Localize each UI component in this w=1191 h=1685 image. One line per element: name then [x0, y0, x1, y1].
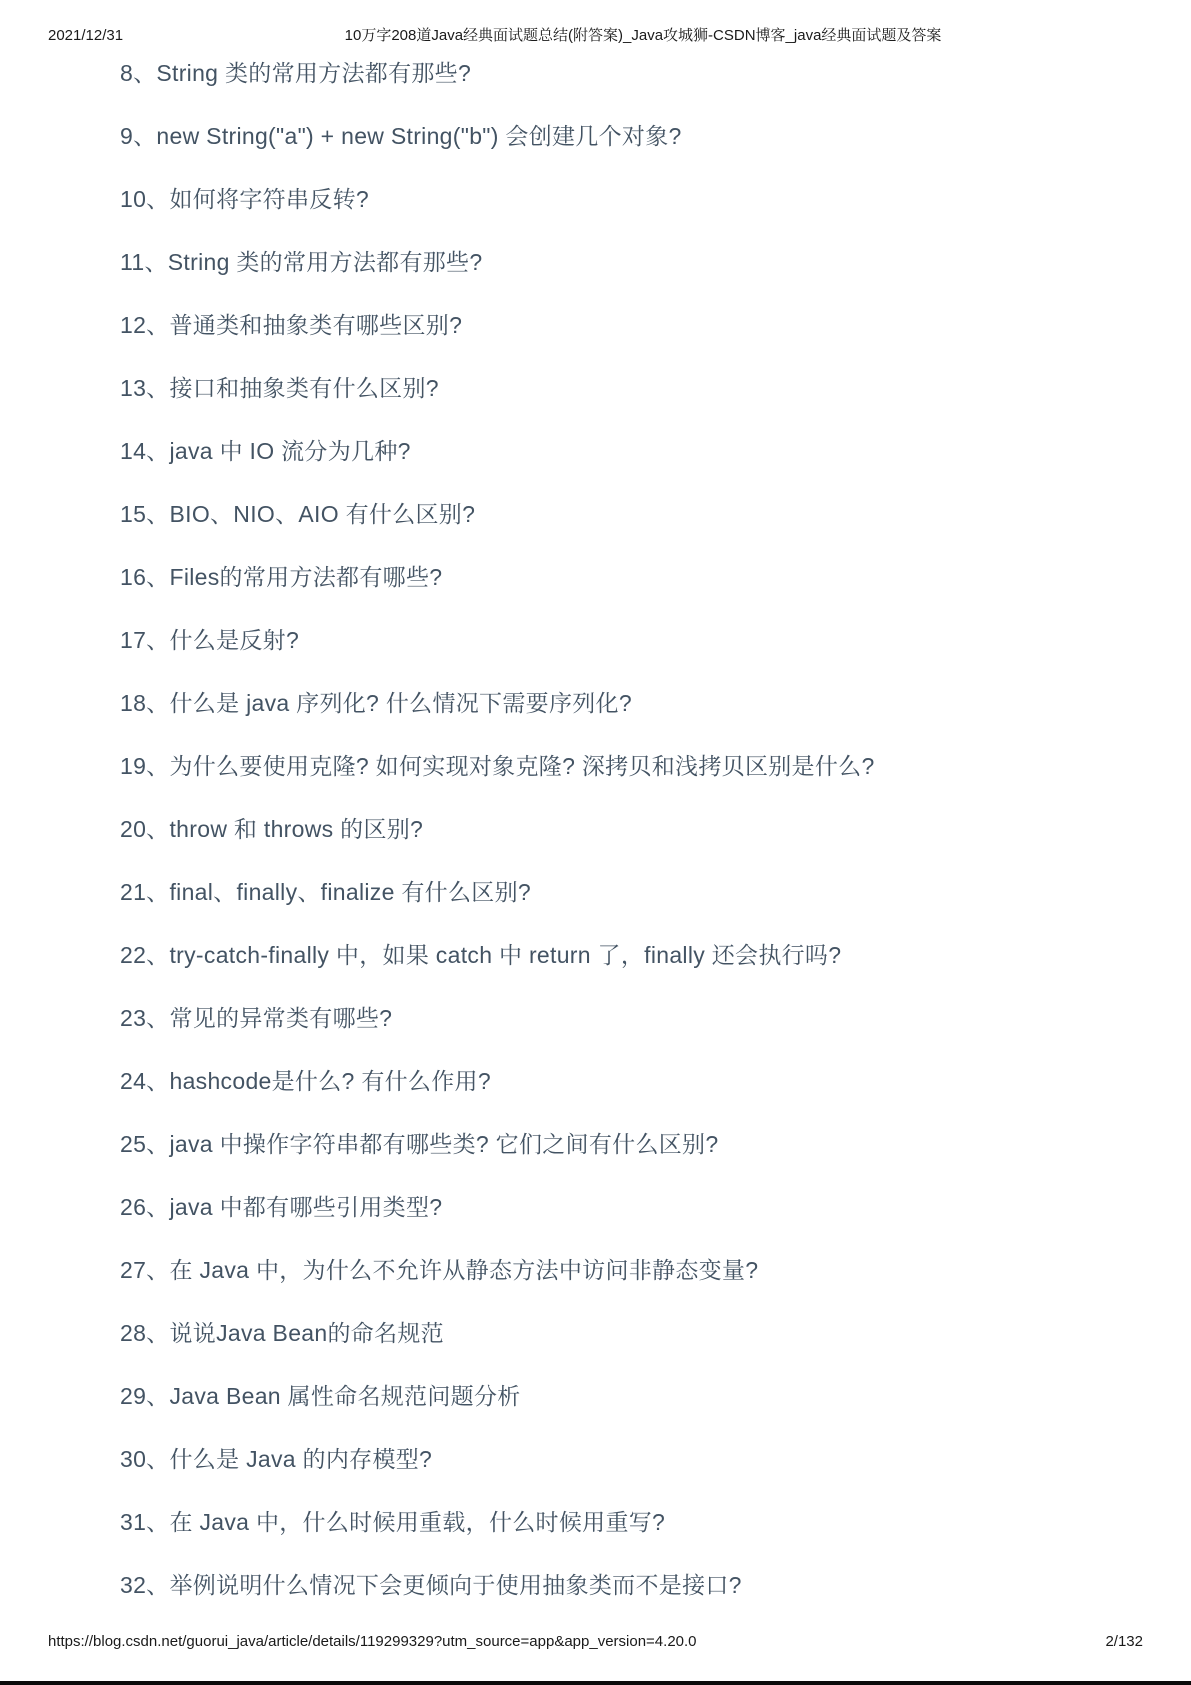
question-item: 25、java 中操作字符串都有哪些类? 它们之间有什么区别?: [120, 1130, 1163, 1159]
question-item: 16、Files的常用方法都有哪些?: [120, 563, 1163, 592]
print-page: 2021/12/31 10万字208道Java经典面试题总结(附答案)_Java…: [0, 0, 1191, 1685]
question-item: 27、在 Java 中，为什么不允许从静态方法中访问非静态变量?: [120, 1256, 1163, 1285]
page-bottom-edge: [0, 1681, 1191, 1685]
question-item: 29、Java Bean 属性命名规范问题分析: [120, 1382, 1163, 1411]
question-item: 14、java 中 IO 流分为几种?: [120, 437, 1163, 466]
footer-page-indicator: 2/132: [1105, 1633, 1143, 1650]
print-footer: https://blog.csdn.net/guorui_java/articl…: [48, 1633, 1143, 1650]
question-item: 23、常见的异常类有哪些?: [120, 1004, 1163, 1033]
question-item: 12、普通类和抽象类有哪些区别?: [120, 311, 1163, 340]
question-item: 21、final、finally、finalize 有什么区别?: [120, 878, 1163, 907]
question-item: 18、什么是 java 序列化? 什么情况下需要序列化?: [120, 689, 1163, 718]
question-item: 26、java 中都有哪些引用类型?: [120, 1193, 1163, 1222]
print-header: 2021/12/31 10万字208道Java经典面试题总结(附答案)_Java…: [48, 24, 1143, 45]
question-item: 31、在 Java 中，什么时候用重载，什么时候用重写?: [120, 1508, 1163, 1537]
question-item: 22、try-catch-finally 中，如果 catch 中 return…: [120, 941, 1163, 970]
question-item: 17、什么是反射?: [120, 626, 1163, 655]
question-list: 8、String 类的常用方法都有那些?9、new String("a") + …: [120, 59, 1163, 1634]
question-item: 9、new String("a") + new String("b") 会创建几…: [120, 122, 1163, 151]
question-item: 10、如何将字符串反转?: [120, 185, 1163, 214]
question-item: 19、为什么要使用克隆? 如何实现对象克隆? 深拷贝和浅拷贝区别是什么?: [120, 752, 1163, 781]
question-item: 32、举例说明什么情况下会更倾向于使用抽象类而不是接口?: [120, 1571, 1163, 1600]
question-item: 8、String 类的常用方法都有那些?: [120, 59, 1163, 88]
footer-url: https://blog.csdn.net/guorui_java/articl…: [48, 1633, 697, 1650]
question-item: 20、throw 和 throws 的区别?: [120, 815, 1163, 844]
header-date: 2021/12/31: [48, 27, 123, 44]
question-item: 24、hashcode是什么? 有什么作用?: [120, 1067, 1163, 1096]
question-item: 15、BIO、NIO、AIO 有什么区别?: [120, 500, 1163, 529]
question-item: 30、什么是 Java 的内存模型?: [120, 1445, 1163, 1474]
question-item: 13、接口和抽象类有什么区别?: [120, 374, 1163, 403]
question-item: 28、说说Java Bean的命名规范: [120, 1319, 1163, 1348]
question-item: 11、String 类的常用方法都有那些?: [120, 248, 1163, 277]
header-document-title: 10万字208道Java经典面试题总结(附答案)_Java攻城狮-CSDN博客_…: [123, 24, 1143, 45]
